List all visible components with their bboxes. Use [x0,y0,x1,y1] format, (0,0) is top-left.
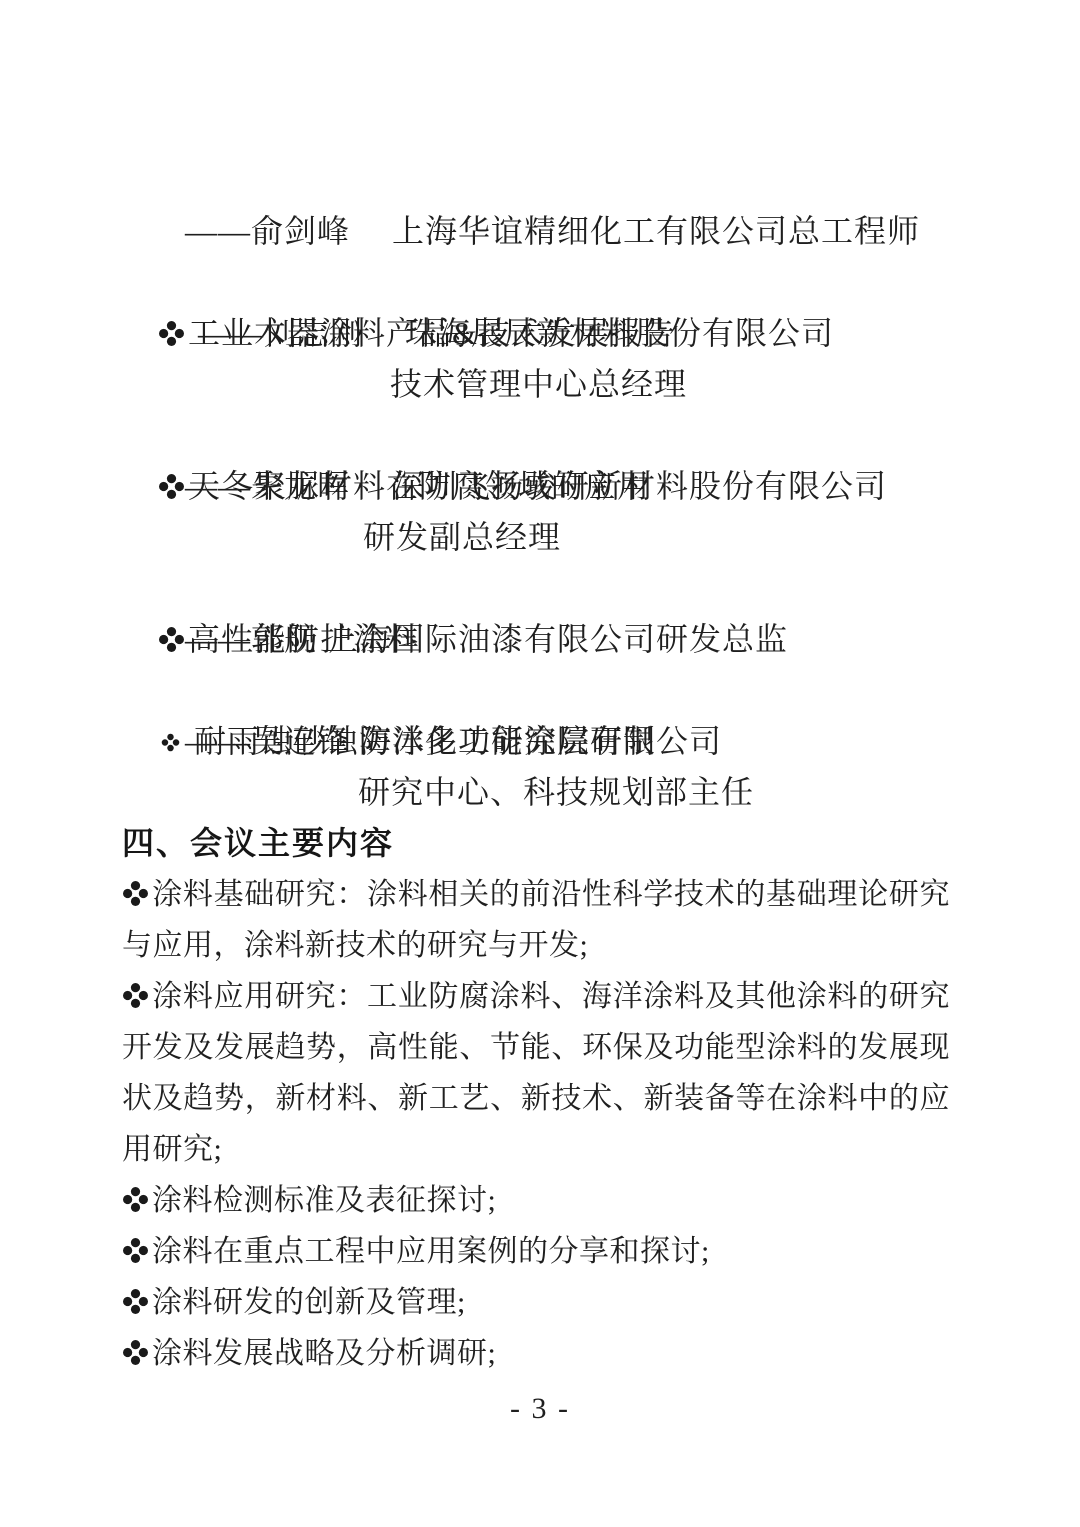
report-speaker-line: ——吴连锋 海洋化工研究院有限公司 [122,716,950,767]
clover-bullet-icon [158,320,185,347]
clover-bullet-icon [122,1237,149,1264]
bullet-paragraph-line: 涂料发展战略及分析调研; [122,1328,950,1379]
report-topic-line: 耐雨蚀砂蚀防冰多功能涂层研制 [122,665,950,716]
report-topic-line: 高性能防护涂料 [122,563,950,614]
bullet-paragraph-line: 涂料在重点工程中应用案例的分享和探讨; [122,1226,950,1277]
report-speaker-line: ——俞剑峰 上海华谊精细化工有限公司总工程师 [122,206,950,257]
section-heading: 四、会议主要内容 [122,818,950,869]
clover-bullet-icon [158,626,185,653]
clover-bullet-icon [158,473,185,500]
bullet-paragraph-line: 涂料研发的创新及管理; [122,1277,950,1328]
bullet-paragraph-line: 涂料检测标准及表征探讨; [122,1175,950,1226]
bullet-paragraph-text: 涂料在重点工程中应用案例的分享和探讨; [152,1235,710,1268]
bullet-paragraph-line: 开发及发展趋势，高性能、节能、环保及功能型涂料的发展现 [122,1022,950,1073]
clover-bullet-icon [122,982,149,1009]
bullet-paragraph-line: 涂料应用研究：工业防腐涂料、海洋涂料及其他涂料的研究 [122,971,950,1022]
report-topic-line: 天冬聚脲材料在防腐领域的应用 [122,410,950,461]
report-speaker-title-line: 研发副总经理 [122,512,950,563]
clover-bullet-icon [161,733,180,752]
bullet-paragraph-text: 涂料研发的创新及管理; [152,1286,466,1319]
clover-bullet-icon [122,1339,149,1366]
document-page: ——俞剑峰 上海华谊精细化工有限公司总工程师 工业木器涂料产品&技术发展报告 —… [0,0,1080,1527]
clover-bullet-icon [122,1186,149,1213]
bullet-paragraph-text: 涂料应用研究：工业防腐涂料、海洋涂料及其他涂料的研究 [152,980,950,1013]
bullet-paragraph-line: 与应用，涂料新技术的研究与开发; [122,920,950,971]
bullet-paragraph-line: 涂料基础研究：涂料相关的前沿性科学技术的基础理论研究 [122,869,950,920]
report-speaker-line: ——朱龙晖 深圳飞扬骏研新材料股份有限公司 [122,461,950,512]
bullet-paragraph-text: 涂料检测标准及表征探讨; [152,1184,496,1217]
clover-bullet-icon [122,1288,149,1315]
report-speaker-title-line: 研究中心、科技规划部主任 [122,767,950,818]
report-speaker-title-line: 技术管理中心总经理 [122,359,950,410]
report-speaker-line: ——刘志刚 珠海展辰新材料股份有限公司 [122,308,950,359]
report-topic-line: 工业木器涂料产品&技术发展报告 [122,257,950,308]
clover-bullet-icon [122,880,149,907]
page-number: - 3 - [0,1392,1080,1426]
report-speaker-line: ——郭舰 上海国际油漆有限公司研发总监 [122,614,950,665]
bullet-paragraph-text: 涂料发展战略及分析调研; [152,1337,496,1370]
bullet-paragraph-text: 涂料基础研究：涂料相关的前沿性科学技术的基础理论研究 [152,878,950,911]
bullet-paragraph-line: 状及趋势，新材料、新工艺、新技术、新装备等在涂料中的应 [122,1073,950,1124]
bullet-paragraph-line: 用研究; [122,1124,950,1175]
